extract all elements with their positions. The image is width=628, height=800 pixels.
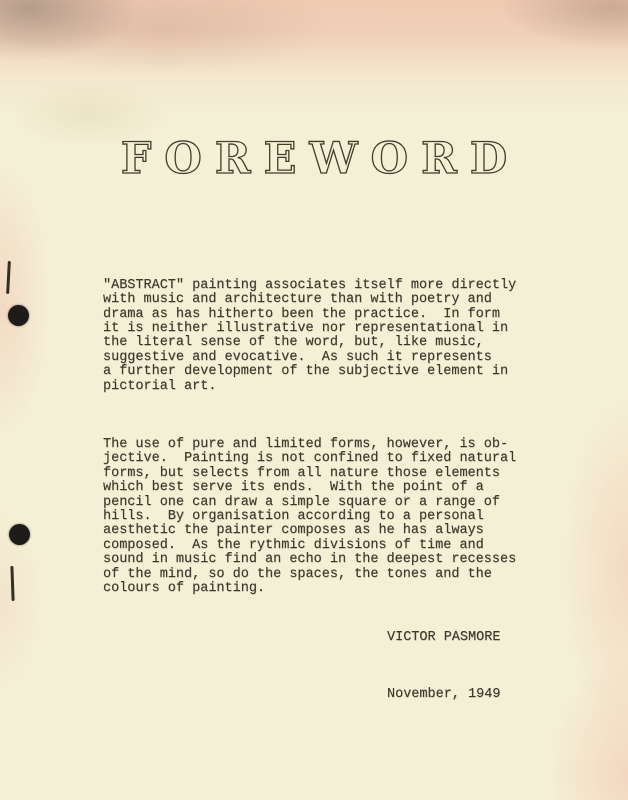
author-name: VICTOR PASMORE [387,630,500,646]
paragraph-2: The use of pure and limited forms, howev… [103,438,516,596]
punch-hole-top [8,305,29,326]
signature-block: VICTOR PASMORE November, 1949 [387,601,500,743]
staple-mark-bottom [10,566,14,601]
scanned-document-page: FOREWORD "ABSTRACT" painting associates … [0,0,628,800]
page-title: FOREWORD [0,134,628,184]
staple-mark-top [6,261,11,294]
punch-hole-bottom [9,524,30,545]
date-line: November, 1949 [387,687,500,703]
document-body: "ABSTRACT" painting associates itself mo… [103,250,516,640]
paragraph-1: "ABSTRACT" painting associates itself mo… [103,279,516,394]
